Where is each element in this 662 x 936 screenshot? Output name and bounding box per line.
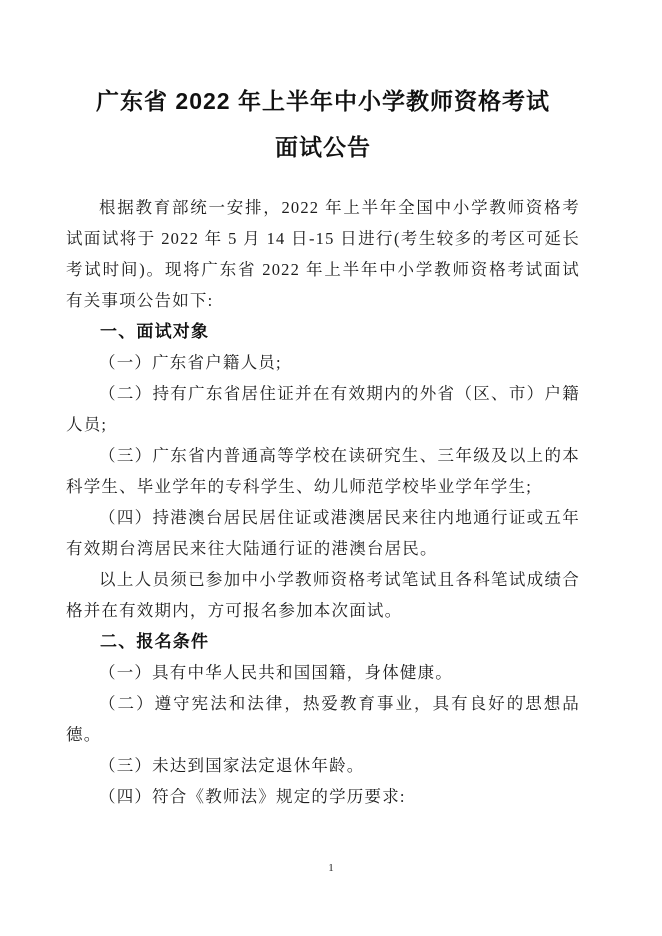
list-item-2-3: （三）未达到国家法定退休年龄。 — [66, 750, 580, 781]
document-title: 广东省 2022 年上半年中小学教师资格考试 面试公告 — [66, 78, 580, 170]
list-item-2-1: （一）具有中华人民共和国国籍，身体健康。 — [66, 657, 580, 688]
intro-paragraph: 根据教育部统一安排，2022 年上半年全国中小学教师资格考试面试将于 2022 … — [66, 192, 580, 316]
list-item-1-4: （四）持港澳台居民居住证或港澳居民来往内地通行证或五年有效期台湾居民来往大陆通行… — [66, 502, 580, 564]
document-content: 广东省 2022 年上半年中小学教师资格考试 面试公告 根据教育部统一安排，20… — [66, 78, 580, 812]
list-item-2-4: （四）符合《教师法》规定的学历要求: — [66, 781, 580, 812]
page-number: 1 — [0, 860, 662, 876]
list-item-2-2: （二）遵守宪法和法律，热爱教育事业，具有良好的思想品德。 — [66, 688, 580, 750]
document-title-line-1: 广东省 2022 年上半年中小学教师资格考试 — [66, 78, 580, 124]
document-title-line-2: 面试公告 — [66, 124, 580, 170]
section-heading-registration-conditions: 二、报名条件 — [66, 626, 580, 657]
list-item-1-2: （二）持有广东省居住证并在有效期内的外省（区、市）户籍人员; — [66, 378, 580, 440]
note-paragraph: 以上人员须已参加中小学教师资格考试笔试且各科笔试成绩合格并在有效期内，方可报名参… — [66, 564, 580, 626]
list-item-1-3: （三）广东省内普通高等学校在读研究生、三年级及以上的本科学生、毕业学年的专科学生… — [66, 440, 580, 502]
section-heading-interview-targets: 一、面试对象 — [66, 316, 580, 347]
list-item-1-1: （一）广东省户籍人员; — [66, 347, 580, 378]
document-page: 广东省 2022 年上半年中小学教师资格考试 面试公告 根据教育部统一安排，20… — [0, 0, 662, 936]
